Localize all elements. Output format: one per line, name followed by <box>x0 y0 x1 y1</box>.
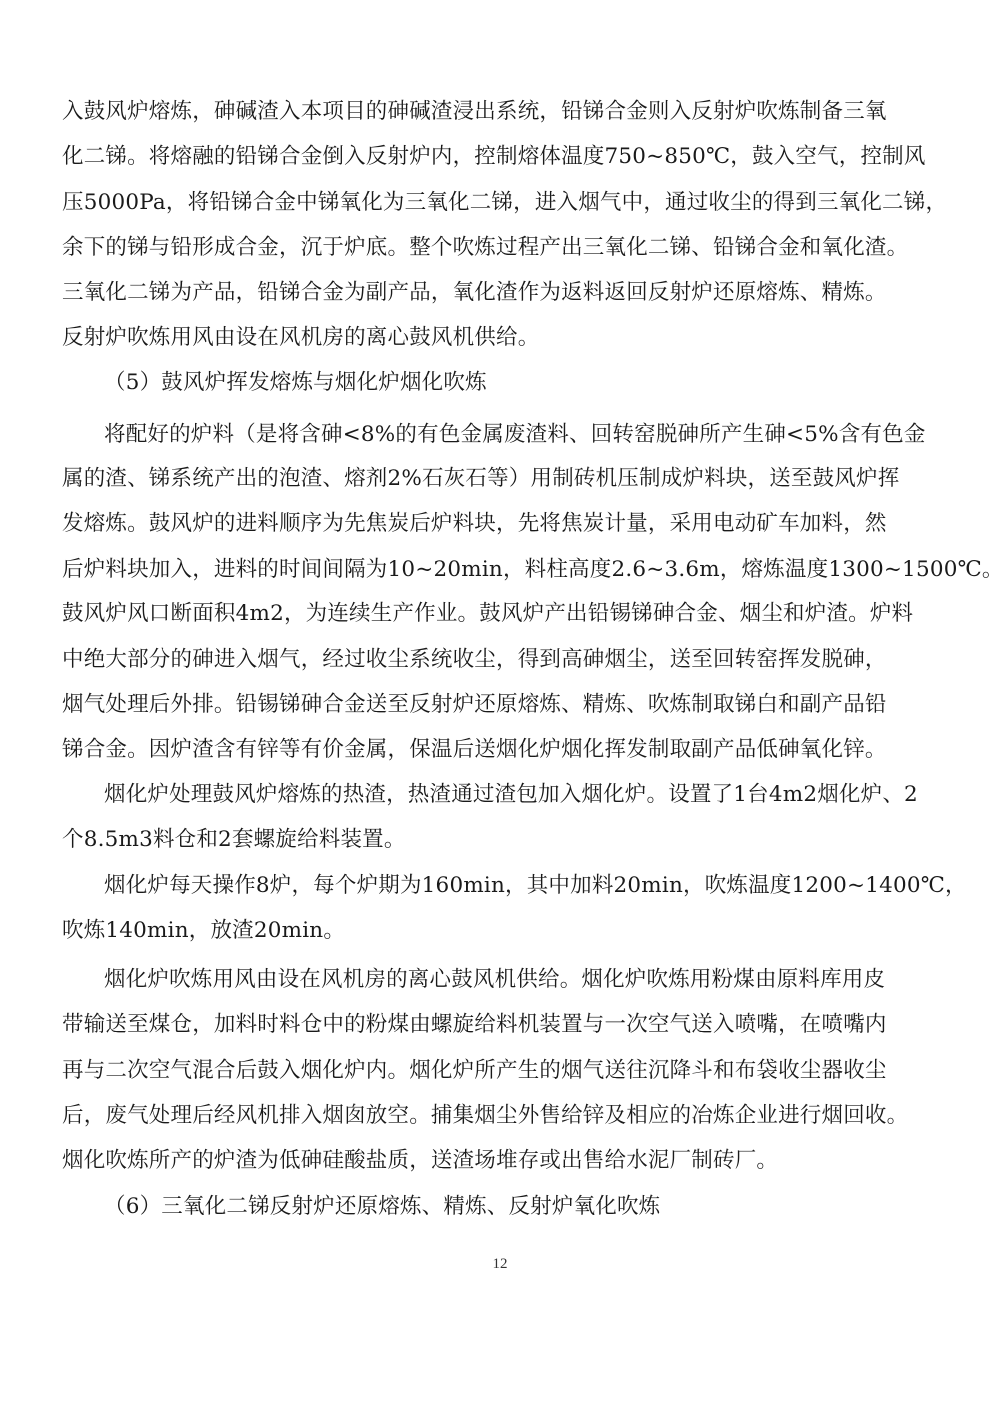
text-line: 后，废气处理后经风机排入烟囱放空。捕集烟尘外售给锌及相应的冶炼企业进行烟回收。 <box>62 1102 908 1130</box>
paragraph-start: 烟化炉处理鼓风炉熔炼的热渣，热渣通过渣包加入烟化炉。设置了1台4m2烟化炉、2 <box>104 781 918 809</box>
text-line: 入鼓风炉熔炼，砷碱渣入本项目的砷碱渣浸出系统，铅锑合金则入反射炉吹炼制备三氧 <box>62 98 887 126</box>
text-line: 锑合金。因炉渣含有锌等有价金属，保温后送烟化炉烟化挥发制取副产品低砷氧化锌。 <box>62 736 887 764</box>
paragraph-start: 将配好的炉料（是将含砷<8%的有色金属废渣料、回转窑脱砷所产生砷<5%含有色金 <box>104 421 926 449</box>
text-line: 烟气处理后外排。铅锡锑砷合金送至反射炉还原熔炼、精炼、吹炼制取锑白和副产品铅 <box>62 691 887 719</box>
text-line: 发熔炼。鼓风炉的进料顺序为先焦炭后炉料块，先将焦炭计量，采用电动矿车加料，然 <box>62 510 887 538</box>
text-line: 余下的锑与铅形成合金，沉于炉底。整个吹炼过程产出三氧化二锑、铅锑合金和氧化渣。 <box>62 234 908 262</box>
text-line: 反射炉吹炼用风由设在风机房的离心鼓风机供给。 <box>62 324 539 352</box>
text-line: 吹炼140min，放渣20min。 <box>62 917 345 945</box>
section-heading-5: （5）鼓风炉挥发熔炼与烟化炉烟化吹炼 <box>104 369 487 397</box>
text-line: 鼓风炉风口断面积4m2，为连续生产作业。鼓风炉产出铅锡锑砷合金、烟尘和炉渣。炉料 <box>62 600 913 628</box>
text-line: 带输送至煤仓，加料时料仓中的粉煤由螺旋给料机装置与一次空气送入喷嘴，在喷嘴内 <box>62 1011 887 1039</box>
text-line: 后炉料块加入，进料的时间间隔为10~20min，料柱高度2.6~3.6m，熔炼温… <box>62 556 1000 584</box>
text-line: 属的渣、锑系统产出的泡渣、熔剂2%石灰石等）用制砖机压制成炉料块，送至鼓风炉挥 <box>62 465 899 493</box>
text-line: 个8.5m3料仓和2套螺旋给料装置。 <box>62 826 406 854</box>
page-number: 12 <box>0 1256 1000 1273</box>
paragraph-start: 烟化炉每天操作8炉，每个炉期为160min，其中加料20min，吹炼温度1200… <box>104 872 967 900</box>
text-line: 烟化吹炼所产的炉渣为低砷硅酸盐质，送渣场堆存或出售给水泥厂制砖厂。 <box>62 1147 778 1175</box>
paragraph-start: 烟化炉吹炼用风由设在风机房的离心鼓风机供给。烟化炉吹炼用粉煤由原料库用皮 <box>104 966 885 994</box>
text-line: 压5000Pa，将铅锑合金中锑氧化为三氧化二锑，进入烟气中，通过收尘的得到三氧化… <box>62 189 947 217</box>
text-line: 三氧化二锑为产品，铅锑合金为副产品，氧化渣作为返料返回反射炉还原熔炼、精炼。 <box>62 279 887 307</box>
text-line: 中绝大部分的砷进入烟气，经过收尘系统收尘，得到高砷烟尘，送至回转窑挥发脱砷， <box>62 646 887 674</box>
text-line: 再与二次空气混合后鼓入烟化炉内。烟化炉所产生的烟气送往沉降斗和布袋收尘器收尘 <box>62 1057 887 1085</box>
section-heading-6: （6）三氧化二锑反射炉还原熔炼、精炼、反射炉氧化吹炼 <box>104 1193 660 1221</box>
text-line: 化二锑。将熔融的铅锑合金倒入反射炉内，控制熔体温度750~850℃，鼓入空气，控… <box>62 143 926 171</box>
document-page: 入鼓风炉熔炼，砷碱渣入本项目的砷碱渣浸出系统，铅锑合金则入反射炉吹炼制备三氧 化… <box>0 0 1000 1414</box>
